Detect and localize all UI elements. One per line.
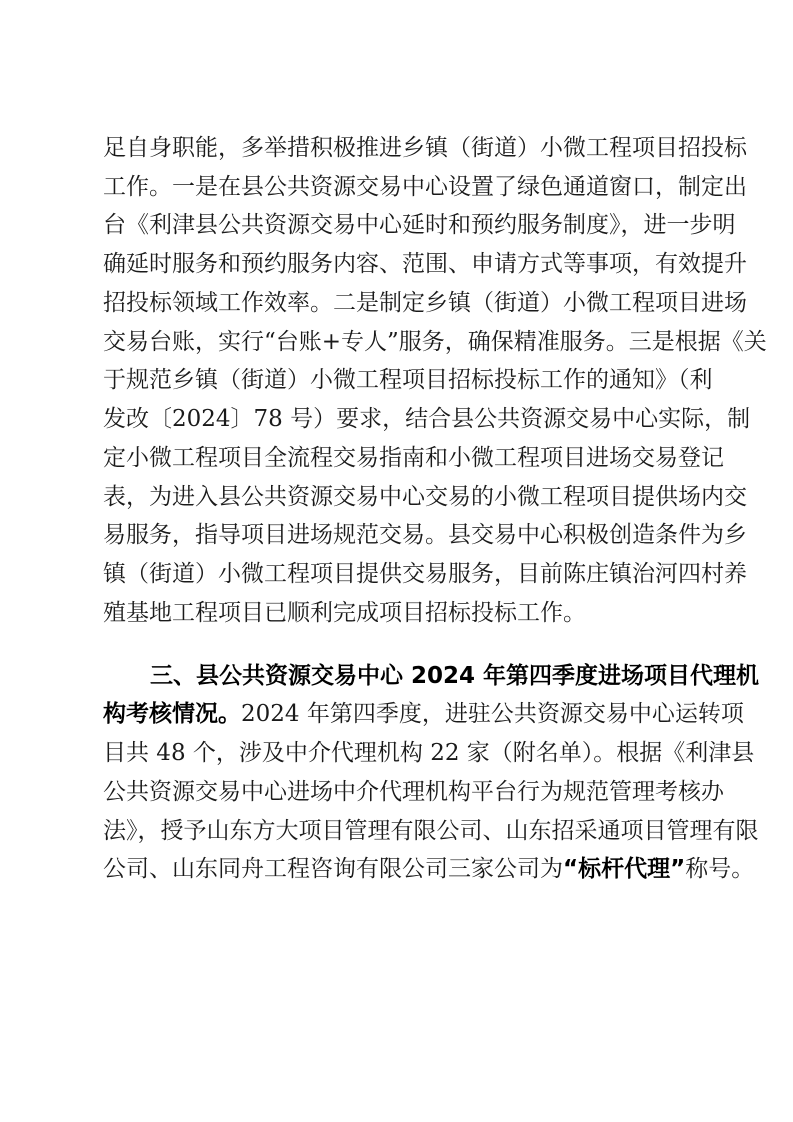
quote-close: ” xyxy=(670,856,685,882)
section-heading: 三、县公共资源交易中心 2024 年第四季度进场项目代理机 xyxy=(150,661,689,691)
text-line: 法》，授予山东方大项目管理有限公司、山东招采通项目管理有限 xyxy=(103,816,689,846)
text-span: 公司、山东同舟工程咨询有限公司三家公司为 xyxy=(103,856,563,882)
text-line: 定小微工程项目全流程交易指南和小微工程项目进场交易登记 xyxy=(103,443,689,473)
text-line: 足自身职能，多举措积极推进乡镇（街道）小微工程项目招投标 xyxy=(103,133,689,163)
text-line: 殖基地工程项目已顺利完成项目招标投标工作。 xyxy=(103,598,689,628)
text-line: 于规范乡镇（街道）小微工程项目招标投标工作的通知》（利 xyxy=(103,365,689,395)
text-line: 目共 48 个，涉及中介代理机构 22 家（附名单）。根据《利津县 xyxy=(103,738,689,768)
text-span: 称号。 xyxy=(685,856,754,882)
text-line: 易服务，指导项目进场规范交易。县交易中心积极创造条件为乡 xyxy=(103,520,689,550)
text-line: 确延时服务和预约服务内容、范围、申请方式等事项，有效提升 xyxy=(103,249,689,279)
text-line: 发改〔2024〕78 号）要求，结合县公共资源交易中心实际，制 xyxy=(103,404,689,434)
text-line: 公司、山东同舟工程咨询有限公司三家公司为“标杆代理”称号。 xyxy=(103,854,689,884)
text-line: 公共资源交易中心进场中介代理机构平台行为规范管理考核办 xyxy=(103,777,689,807)
text-line: 构考核情况。2024 年第四季度，进驻公共资源交易中心运转项 xyxy=(103,699,689,729)
text-line: 招投标领域工作效率。二是制定乡镇（街道）小微工程项目进场 xyxy=(103,288,689,318)
quote-open: “ xyxy=(563,856,578,882)
document-page: 足自身职能，多举措积极推进乡镇（街道）小微工程项目招投标 工作。一是在县公共资源… xyxy=(0,0,793,1122)
text-line: 交易台账，实行“台账+专人”服务，确保精准服务。三是根据《关 xyxy=(103,327,689,357)
section-heading-continued: 构考核情况。 xyxy=(103,701,241,727)
text-line: 工作。一是在县公共资源交易中心设置了绿色通道窗口，制定出 xyxy=(103,172,689,202)
text-line: 台《利津县公共资源交易中心延时和预约服务制度》，进一步明 xyxy=(103,210,689,240)
award-title: 标杆代理 xyxy=(578,856,670,882)
text-span: 2024 年第四季度，进驻公共资源交易中心运转项 xyxy=(241,701,744,727)
text-line: 表，为进入县公共资源交易中心交易的小微工程项目提供场内交 xyxy=(103,482,689,512)
text-line: 镇（街道）小微工程项目提供交易服务，目前陈庄镇治河四村养 xyxy=(103,559,689,589)
